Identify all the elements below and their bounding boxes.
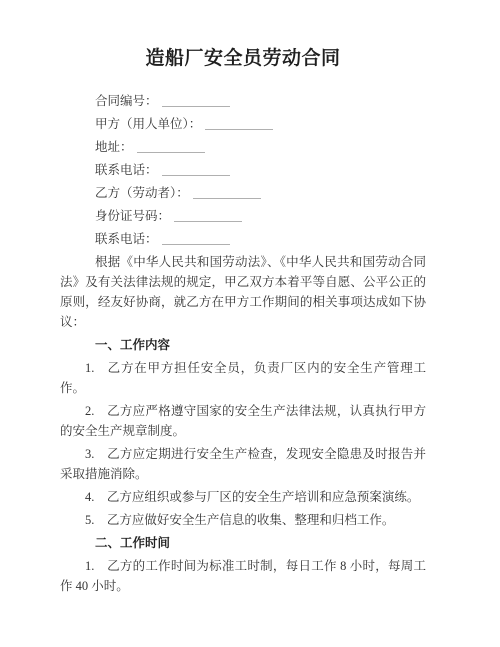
header-fields: 合同编号： 甲方（用人单位）： 地址： 联系电话： 乙方（劳动者）： 身份证号码… <box>60 91 426 249</box>
blank-line <box>174 209 242 222</box>
field-label: 地址： <box>95 140 133 154</box>
field-party-a-employer: 甲方（用人单位）： <box>60 114 426 134</box>
section-1-item-2: 2. 乙方应严格遵守国家的安全生产法律法规，认真执行甲方的安全生产规章制度。 <box>60 401 426 441</box>
field-party-b-worker: 乙方（劳动者）： <box>60 183 426 203</box>
preamble-paragraph: 根据《中华人民共和国劳动法》、《中华人民共和国劳动合同法》及有关法律法规的规定，… <box>60 252 426 332</box>
field-label: 联系电话： <box>95 232 158 246</box>
blank-line <box>162 232 230 245</box>
document-title: 造船厂安全员劳动合同 <box>60 46 426 72</box>
contract-document-page: 造船厂安全员劳动合同 合同编号： 甲方（用人单位）： 地址： 联系电话： 乙方（… <box>0 0 500 647</box>
field-contact-phone-b: 联系电话： <box>60 229 426 249</box>
blank-line <box>193 186 261 199</box>
section-2-heading: 二、工作时间 <box>60 533 426 553</box>
field-contract-number: 合同编号： <box>60 91 426 111</box>
field-label: 乙方（劳动者）： <box>95 186 189 200</box>
field-label: 甲方（用人单位）： <box>95 117 201 131</box>
section-1-item-1: 1. 乙方在甲方担任安全员，负责厂区内的安全生产管理工作。 <box>60 358 426 398</box>
blank-line <box>162 94 230 107</box>
section-1-item-4: 4. 乙方应组织或参与厂区的安全生产培训和应急预案演练。 <box>60 487 426 507</box>
field-label: 联系电话： <box>95 163 158 177</box>
field-label: 身份证号码： <box>95 209 170 223</box>
field-label: 合同编号： <box>95 94 158 108</box>
blank-line <box>137 140 205 153</box>
blank-line <box>162 163 230 176</box>
field-address: 地址： <box>60 137 426 157</box>
field-contact-phone-a: 联系电话： <box>60 160 426 180</box>
section-1-item-3: 3. 乙方应定期进行安全生产检查，发现安全隐患及时报告并采取措施消除。 <box>60 444 426 484</box>
field-id-number: 身份证号码： <box>60 206 426 226</box>
section-2-item-1: 1. 乙方的工作时间为标准工时制，每日工作 8 小时，每周工作 40 小时。 <box>60 556 426 596</box>
section-1-heading: 一、工作内容 <box>60 335 426 355</box>
section-1-item-5: 5. 乙方应做好安全生产信息的收集、整理和归档工作。 <box>60 510 426 530</box>
blank-line <box>205 117 273 130</box>
